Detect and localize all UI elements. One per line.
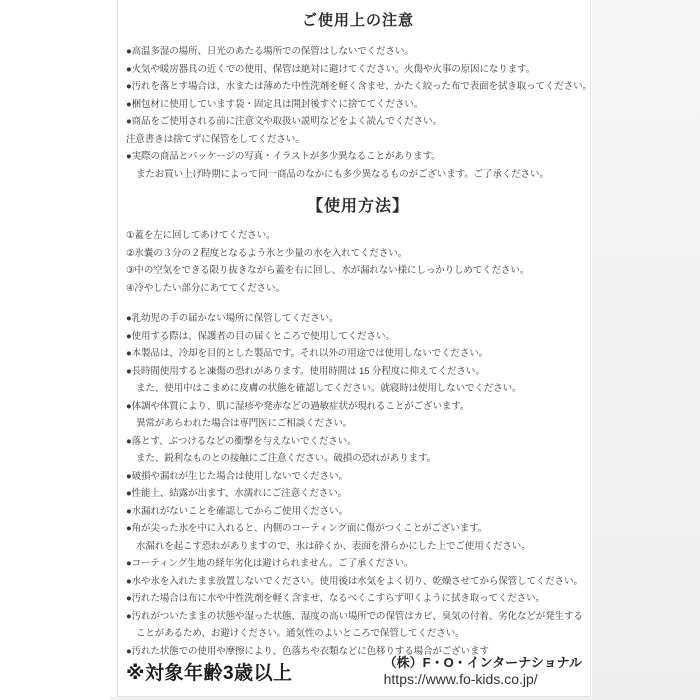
caution-line: ●コーティング生地の経年劣化は避けられません。ご了承ください。	[126, 555, 590, 573]
page-title: ご使用上の注意	[126, 11, 590, 31]
caution-line: ●角が尖った氷を中に入れると、内側のコーティング面に傷がつくことがございます。	[126, 520, 590, 538]
caution-line: ●性能上、結露が出ます、水濡れにご注意ください。	[126, 485, 590, 503]
notice-line: ●高温多湿の場所、日光のあたる場所での保管はしないでください。	[126, 43, 590, 61]
notice-line: ●火気や暖房器具の近くでの使用、保管は絶対に避けてください。火傷や火事の原因にな…	[126, 61, 590, 79]
caution-line: ●体調や体質により、肌に湿疹や発赤などの過敏症状が現れることがございます。	[126, 398, 590, 416]
page-footer: ※対象年齢3歳以上 （株）F・O・インターナショナル https://www.f…	[126, 654, 584, 688]
caution-line: 水漏れを起こす恐れがありますので、氷は砕くか、表面を滑らかにした上でご使用くださ…	[126, 538, 590, 556]
caution-line: また、使用中はこまめに皮膚の状態を確認してください。就寝時は使用しないでください…	[126, 380, 590, 398]
notice-list: ●高温多湿の場所、日光のあたる場所での保管はしないでください。●火気や暖房器具の…	[126, 43, 590, 183]
caution-line: ことがあるため、お避けください。通気性のよいところで保管してください。	[126, 625, 590, 643]
company-url: https://www.fo-kids.co.jp/	[384, 671, 582, 688]
caution-line: 異常があらわれた場合は専門医にご相談ください。	[126, 415, 590, 433]
notice-line: ●汚れを落とす場合は、水または薄めた中性洗剤を軽く含ませ、かたく絞った布で表面を…	[126, 78, 590, 96]
usage-step: ③中の空気をできる限り抜きながら蓋を右に回し、水が漏れない様にしっかりしめてくだ…	[126, 262, 590, 280]
caution-line: ●乳幼児の手の届かない場所に保管してください。	[126, 310, 590, 328]
document-page: ご使用上の注意 ●高温多湿の場所、日光のあたる場所での保管はしないでください。●…	[117, 0, 591, 697]
scan-background-right	[592, 0, 700, 700]
caution-list: ●乳幼児の手の届かない場所に保管してください。●使用する際は、保護者の目の届くと…	[126, 310, 590, 660]
caution-line: ●汚れがついたままの状態や湿った状態、湿度の高い場所での保管はカビ、臭気の付着、…	[126, 608, 590, 626]
company-info: （株）F・O・インターナショナル https://www.fo-kids.co.…	[384, 654, 584, 688]
scanned-document: ご使用上の注意 ●高温多湿の場所、日光のあたる場所での保管はしないでください。●…	[0, 0, 700, 700]
usage-step: ①蓋を左に回してあけてください。	[126, 227, 590, 245]
age-restriction: ※対象年齢3歳以上	[126, 661, 293, 687]
caution-line: ●落とす、ぶつけるなどの衝撃を与えないでください。	[126, 433, 590, 451]
caution-line: ●長時間使用すると凍傷の恐れがあります。使用時間は 15 分程度に抑えてください…	[126, 363, 590, 381]
caution-line: ●使用する際は、保護者の目の届くところで使用してください。	[126, 328, 590, 346]
notice-line: ●梱包材に使用しています袋・固定具は開封後すぐに捨ててください。	[126, 96, 590, 114]
usage-step-list: ①蓋を左に回してあけてください。②氷嚢の３分の２程度となるよう氷と少量の水を入れ…	[126, 227, 590, 297]
notice-line: 注意書きは捨てずに保管をしてください。	[126, 131, 590, 149]
company-name: （株）F・O・インターナショナル	[384, 654, 582, 671]
usage-step: ②氷嚢の３分の２程度となるよう氷と少量の水を入れてください。	[126, 245, 590, 263]
notice-line: ●商品をご使用される前に注意文や取扱い説明などをよく読んでください。	[126, 113, 590, 131]
notice-line: またお買い上げ時期によって同一商品のなかにも多少異なるものがございます。ご了承く…	[126, 166, 590, 184]
caution-line: ●破損や漏れが生じた場合は使用しないでください。	[126, 468, 590, 486]
usage-section-title: 【使用方法】	[126, 196, 590, 218]
caution-line: また、鋭利なものとの接触にご注意ください。破損の恐れがあります。	[126, 450, 590, 468]
usage-step: ④冷やしたい部分にあててください。	[126, 280, 590, 298]
caution-line: ●汚れた場合は布に水や中性洗剤を軽く含ませ、なるべくこすらず叩くように拭き取って…	[126, 590, 590, 608]
notice-line: ●実際の商品とパッケージの写真・イラストが多少異なることがあります。	[126, 148, 590, 166]
caution-line: ●本製品は、冷却を目的とした製品です。それ以外の用途では使用しないでください。	[126, 345, 590, 363]
caution-line: ●水漏れがないことを確認してからご使用ください。	[126, 503, 590, 521]
caution-line: ●水や氷を入れたまま放置しないでください。使用後は水気をよく切り、乾燥させてから…	[126, 573, 590, 591]
